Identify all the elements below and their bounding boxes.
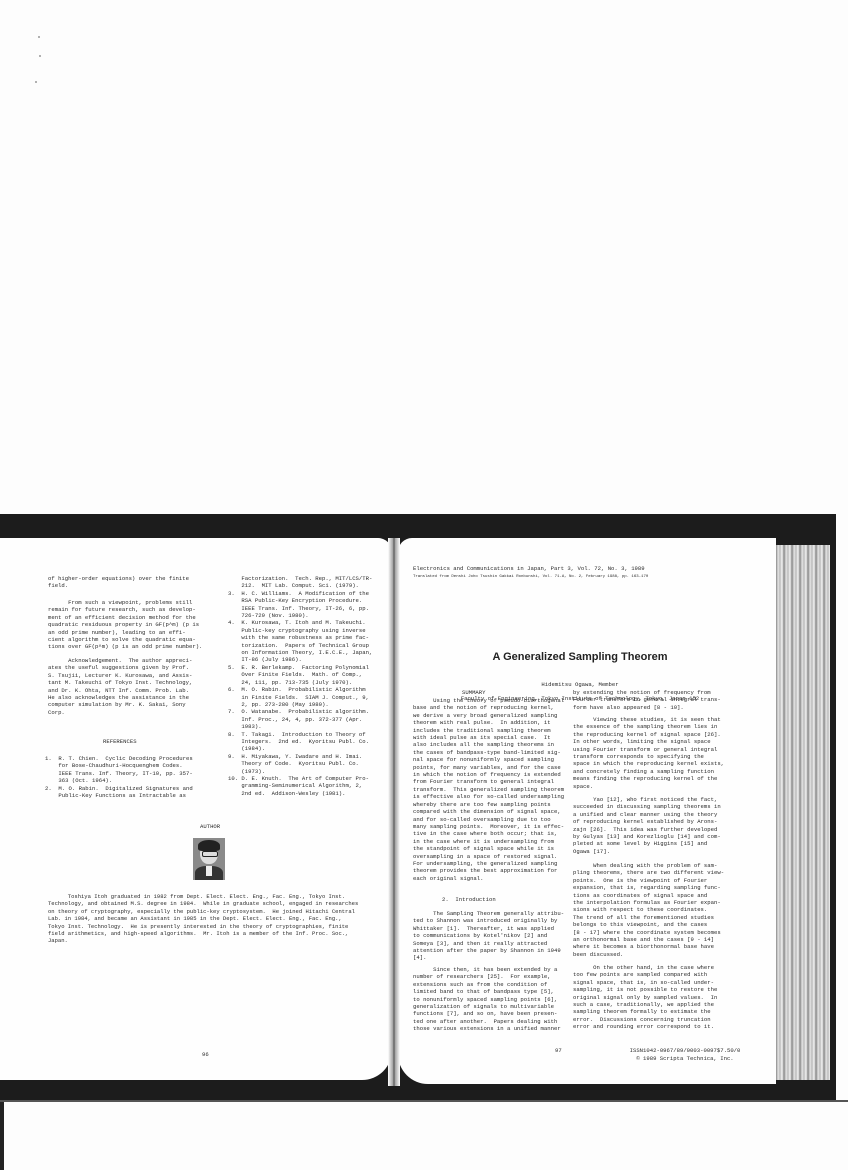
author-bio: Toshiya Itoh graduated in 1982 from Dept… bbox=[48, 893, 358, 945]
left-page-number: 96 bbox=[202, 1051, 209, 1058]
references-heading: REFERENCES bbox=[103, 738, 137, 745]
intro-paragraph-1: The Sampling Theorem generally attribu- … bbox=[413, 910, 564, 962]
col2-paragraph-4: When dealing with the problem of sam- pl… bbox=[573, 862, 724, 958]
summary-heading: SUMMARY bbox=[462, 689, 486, 696]
references-col1: 1. R. T. Chien. Cyclic Decoding Procedur… bbox=[45, 755, 193, 799]
col2-paragraph-3: Yao [12], who first noticed the fact, su… bbox=[573, 796, 721, 855]
col2-paragraph-2: Viewing these studies, it is seen that t… bbox=[573, 716, 724, 790]
right-page-number: 97 bbox=[555, 1047, 562, 1054]
page-stack-edge bbox=[770, 545, 830, 1080]
col2-paragraph-5: On the other hand, in the case where too… bbox=[573, 964, 717, 1031]
scan-edge-line bbox=[0, 1100, 848, 1102]
summary-text: Using the theory of pseudo-biorthogonal … bbox=[413, 697, 564, 882]
introduction-heading: 2. Introduction bbox=[442, 896, 496, 903]
author-photo bbox=[193, 838, 225, 880]
article-title: A Generalized Sampling Theorem bbox=[470, 651, 690, 663]
references-col2: Factorization. Tech. Rep., MIT/LCS/TR- 2… bbox=[228, 575, 372, 797]
scan-left-edge bbox=[0, 1102, 4, 1170]
col2-paragraph-1: by extending the notion of frequency fro… bbox=[573, 689, 721, 711]
author-heading: AUTHOR bbox=[200, 823, 220, 830]
book-gutter bbox=[388, 538, 400, 1086]
issn: ISSN1042-0967/89/0003-0097$7.50/0 bbox=[600, 1047, 770, 1054]
left-col1-top: of higher-order equations) over the fini… bbox=[48, 575, 189, 590]
article-author: Hidemitsu Ogawa, Member bbox=[470, 681, 690, 688]
left-col1-para2: From such a viewpoint, problems still re… bbox=[48, 599, 202, 651]
journal-line: Electronics and Communications in Japan,… bbox=[413, 565, 645, 572]
intro-paragraph-2: Since then, it has been extended by a nu… bbox=[413, 966, 561, 1033]
acknowledgement: Acknowledgement. The author appreci- ate… bbox=[48, 657, 192, 716]
translated-line: Translated from Denshi Joho Tsushin Gakk… bbox=[413, 574, 648, 581]
copyright: © 1989 Scripta Technica, Inc. bbox=[600, 1055, 770, 1062]
